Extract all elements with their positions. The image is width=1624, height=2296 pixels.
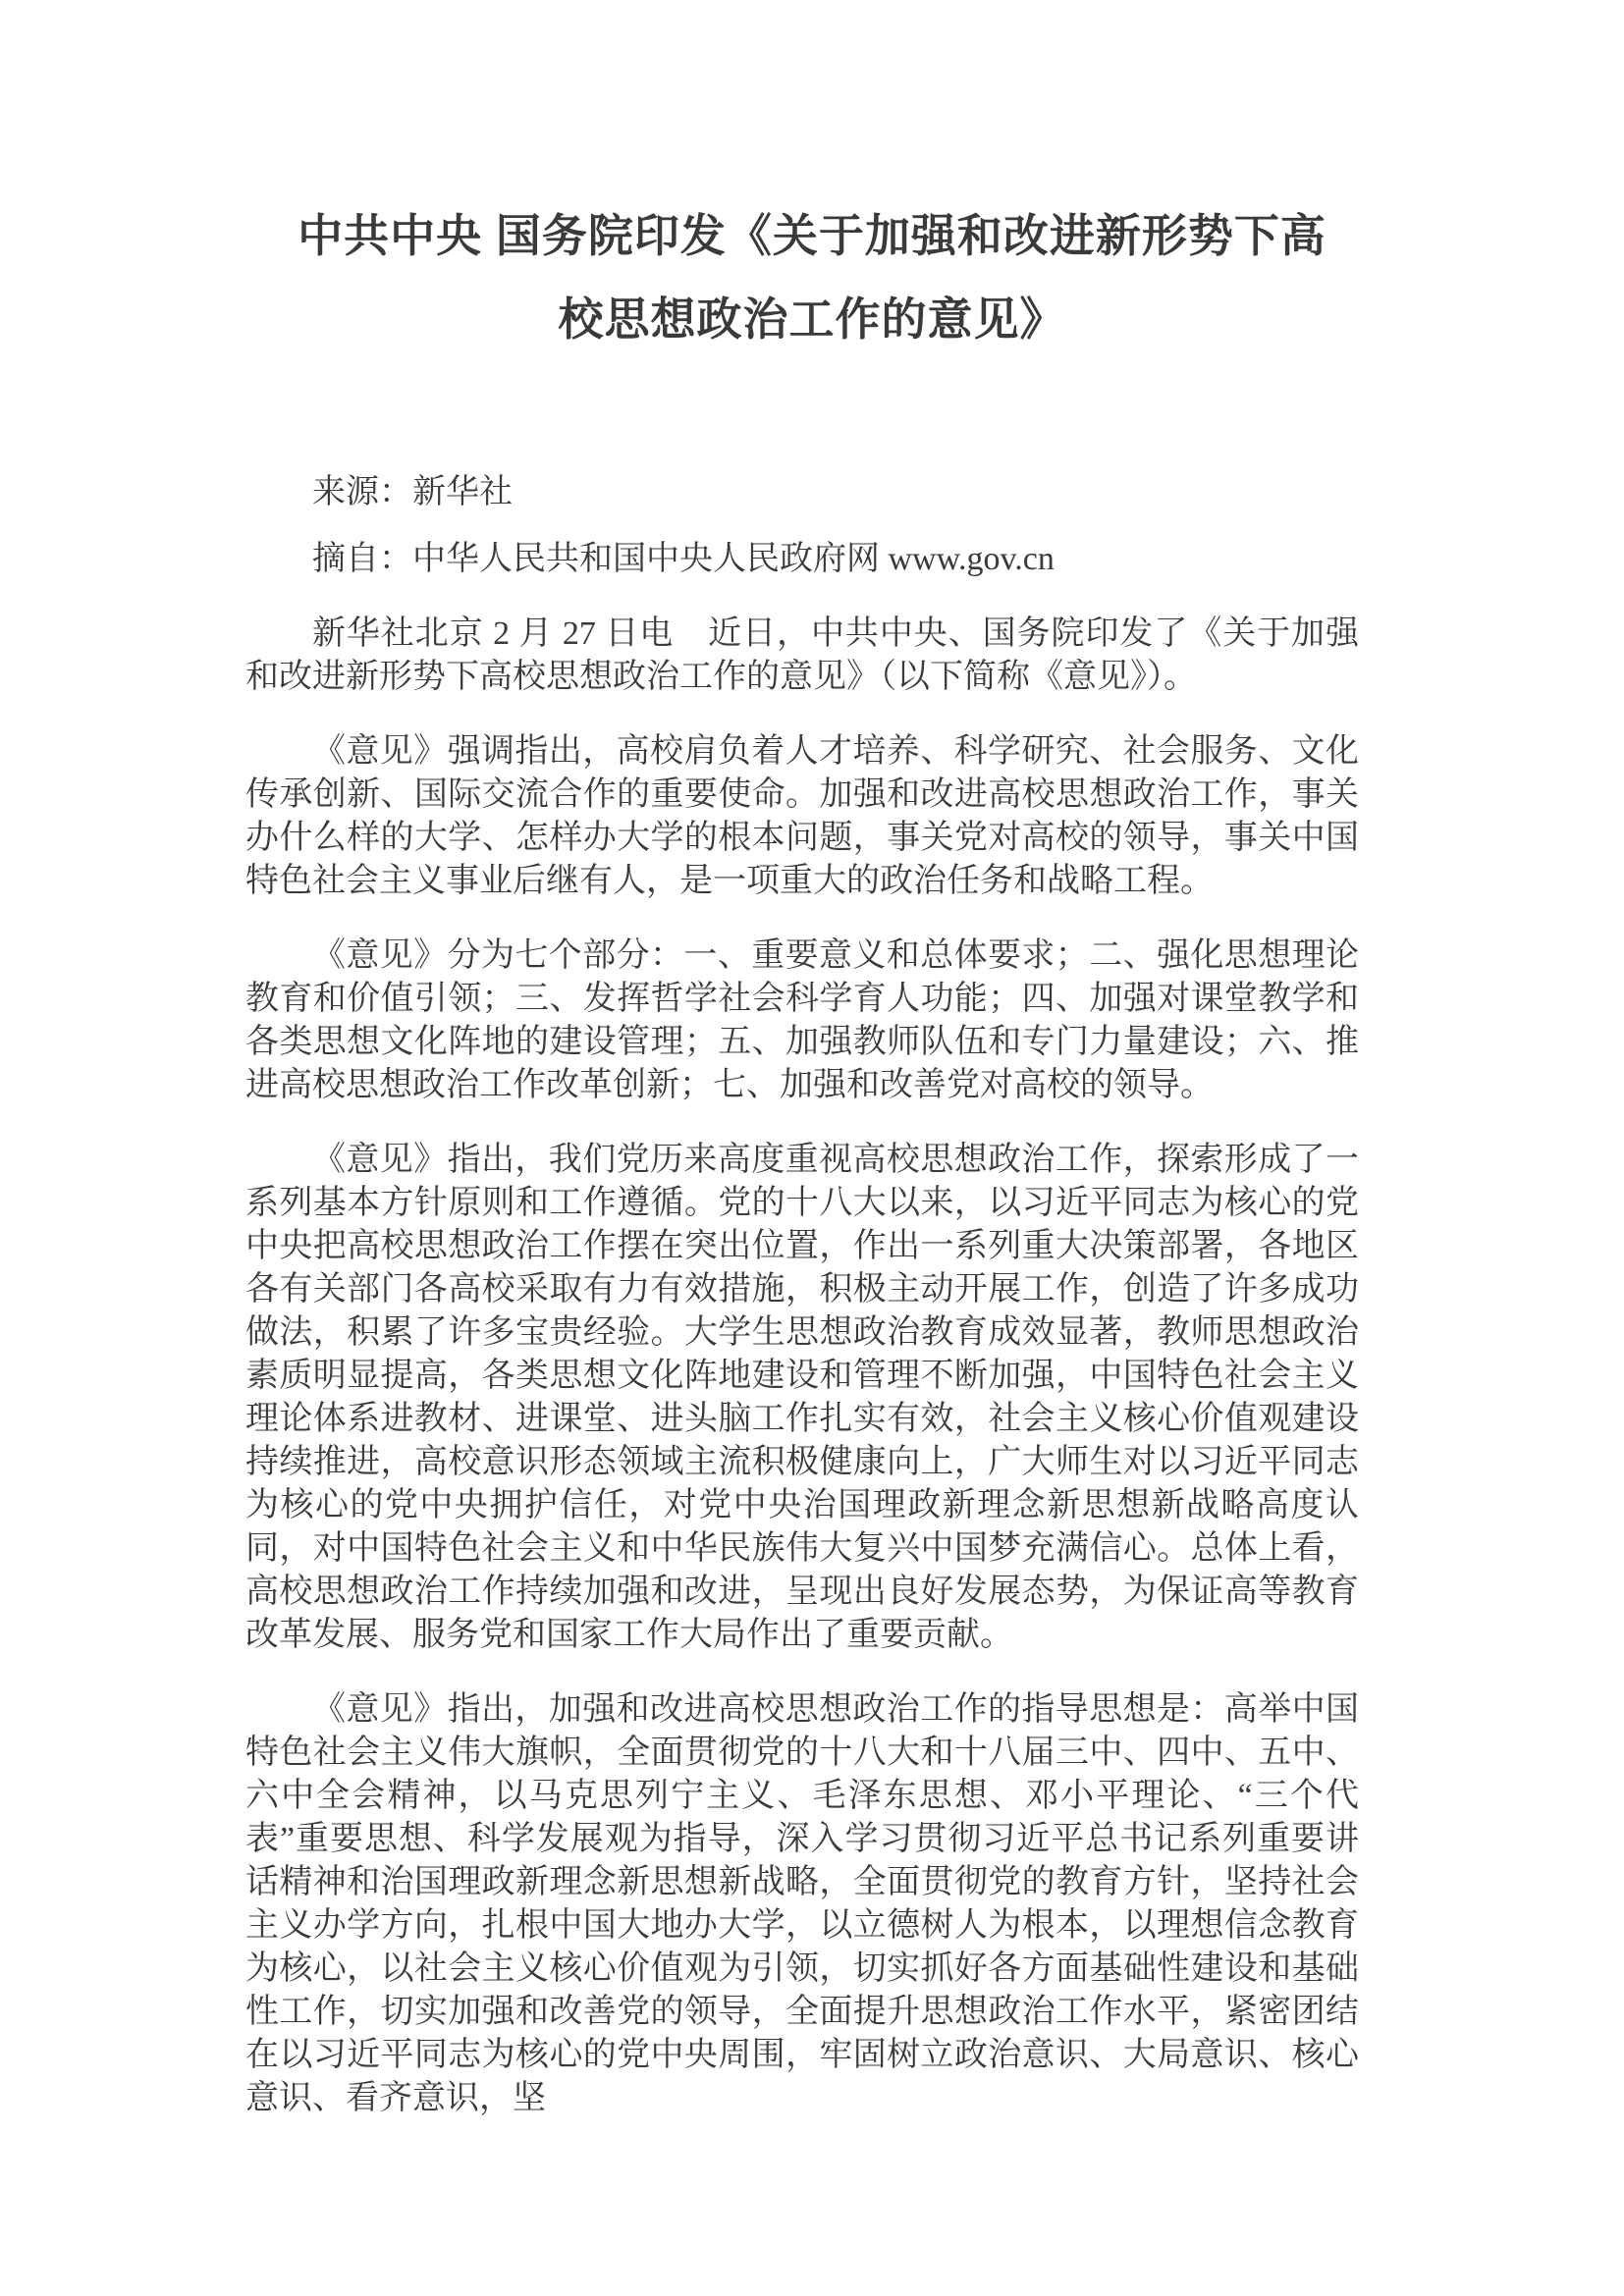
document-page: 中共中央 国务院印发《关于加强和改进新形势下高校思想政治工作的意见》 来源：新华…: [0, 0, 1624, 2296]
excerpt-line: 摘自：中华人民共和国中央人民政府网 www.gov.cn: [245, 538, 1359, 581]
paragraph: 新华社北京 2 月 27 日电 近日，中共中央、国务院印发了《关于加强和改进新形…: [245, 613, 1359, 699]
document-body: 来源：新华社 摘自：中华人民共和国中央人民政府网 www.gov.cn 新华社北…: [245, 471, 1359, 2120]
paragraph: 《意见》指出，加强和改进高校思想政治工作的指导思想是：高举中国特色社会主义伟大旗…: [245, 1688, 1359, 2120]
document-title: 中共中央 国务院印发《关于加强和改进新形势下高校思想政治工作的意见》: [292, 194, 1332, 361]
source-line: 来源：新华社: [245, 471, 1359, 514]
paragraph: 《意见》分为七个部分：一、重要意义和总体要求；二、强化思想理论教育和价值引领；三…: [245, 934, 1359, 1107]
paragraph: 《意见》强调指出，高校肩负着人才培养、科学研究、社会服务、文化传承创新、国际交流…: [245, 730, 1359, 903]
paragraph: 《意见》指出，我们党历来高度重视高校思想政治工作，探索形成了一系列基本方针原则和…: [245, 1139, 1359, 1657]
